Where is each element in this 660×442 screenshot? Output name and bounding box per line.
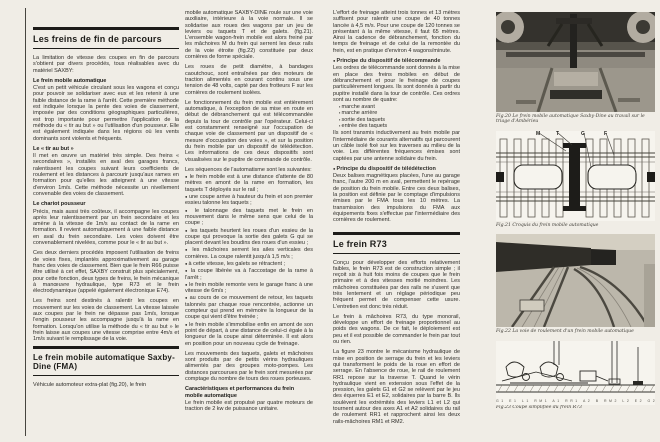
fig22-photo bbox=[496, 234, 655, 327]
fig23-part-labels: G1 E1 L1 RM1 A1 RR1 A2 B RM2 L2 E2 G2 V … bbox=[496, 399, 655, 403]
paragraph: Conçu pour développer des efforts relati… bbox=[333, 260, 460, 310]
list-item: le frein mobile remonte vers le garage f… bbox=[185, 282, 313, 295]
subheading: Le chariot pousseur bbox=[33, 201, 179, 207]
fig21-drawing: M T G F bbox=[496, 131, 655, 221]
paragraph: C'est un petit véhicule circulant sous l… bbox=[33, 85, 179, 142]
column-2: mobile automatique SAXBY-DINE roule sur … bbox=[185, 10, 313, 417]
section-heading-r73: Le frein R73 bbox=[333, 232, 460, 254]
section-title: Le frein mobile automatique Saxby-Dine (… bbox=[33, 353, 179, 371]
list-item: les taquets heurtent les roues d'un essi… bbox=[185, 228, 313, 247]
paragraph: Véhicule automoteur extra-plat (fig.20),… bbox=[33, 382, 179, 388]
paragraph: Le fonctionnement du frein mobile est en… bbox=[185, 100, 313, 163]
list-item: le frein mobile s'immobilise enfin en am… bbox=[185, 322, 313, 347]
section-title: Les freins de fin de parcours bbox=[33, 34, 179, 44]
paragraph: mobile automatique SAXBY-DINE roule sur … bbox=[185, 10, 313, 60]
fig20-photo bbox=[496, 12, 655, 112]
brake-track-photo bbox=[496, 234, 655, 327]
subheading: Le frein mobile automatique bbox=[33, 78, 179, 84]
list-item: entrée des taquets bbox=[339, 123, 460, 129]
column-1: Les freins de fin de parcours La limitat… bbox=[33, 27, 179, 393]
fig23-drawing: G1 E1 L1 RM1 A1 RR1 A2 B RM2 L2 E2 G2 V … bbox=[496, 341, 655, 403]
list-item: la coupe libérée va à l'accostage de la … bbox=[185, 268, 313, 281]
section-heading-fma: Le frein mobile automatique Saxby-Dine (… bbox=[33, 346, 179, 376]
paragraph: Il met en œuvre un matériel très simple.… bbox=[33, 153, 179, 197]
paragraph: La figure 23 montre le mécanisme hydraul… bbox=[333, 349, 460, 425]
paragraph: Précis, mais aussi très coûteux, il acco… bbox=[33, 209, 179, 247]
paragraph: Le frein à mâchoires R73, du type monora… bbox=[333, 314, 460, 345]
fig21-label-G: G bbox=[581, 131, 585, 137]
subheading: Le « tir au but » bbox=[33, 146, 179, 152]
fig21-caption: Fig.21 Croquis du frein mobile automatiq… bbox=[496, 223, 655, 228]
paragraph: Les mouvements des taquets, galets et mâ… bbox=[185, 351, 313, 382]
paragraph: Les freins sont destinés à ralentir les … bbox=[33, 298, 179, 342]
list-item: une coupe arrive à hauteur du frein et s… bbox=[185, 194, 313, 207]
list-item: le talonnage des taquets met le frein en… bbox=[185, 208, 313, 227]
subheading: Caractéristiques et performances du frei… bbox=[185, 386, 313, 399]
paragraph: L'effort de freinage atteint trois tonne… bbox=[333, 10, 460, 54]
brake-under-wagon-photo bbox=[496, 12, 655, 112]
column-3: L'effort de freinage atteint trois tonne… bbox=[333, 10, 460, 429]
section-heading-fin-de-parcours: Les freins de fin de parcours bbox=[33, 27, 179, 49]
fig21-label-M: M bbox=[536, 131, 540, 137]
scanned-document-page: Les freins de fin de parcours La limitat… bbox=[0, 0, 660, 442]
bullet-subheading: Principe du dispositif de télécommande bbox=[333, 58, 460, 64]
bullet-subheading: Principe du dispositif de télédétection bbox=[333, 166, 460, 172]
list-item: à cette vitesse, les galets se rétracten… bbox=[185, 261, 313, 267]
section-title: Le frein R73 bbox=[333, 239, 460, 249]
fig23-caption: Fig.23 Coupe simplifiée du frein R73 bbox=[496, 405, 655, 410]
fig20-caption: Fig.20 Le frein mobile automatique Saxby… bbox=[496, 114, 655, 125]
paragraph: La limitation de vitesse des coupes en f… bbox=[33, 55, 179, 74]
fig22-caption: Fig.22 La voie de roulement d'un frein m… bbox=[496, 329, 655, 334]
figures-column: Fig.20 Le frein mobile automatique Saxby… bbox=[496, 12, 655, 416]
paragraph: Ils sont transmis inductivement au frein… bbox=[333, 130, 460, 161]
list-item: le frein mobile est à une distance d'att… bbox=[185, 174, 313, 193]
list-item: au cours de ce mouvement de retour, les … bbox=[185, 295, 313, 320]
paragraph: Ces deux derniers procédés imposent l'ut… bbox=[33, 250, 179, 294]
paragraph: Les ordres de télécommande sont donnés à… bbox=[333, 65, 460, 103]
paragraph: Le frein mobile est propulsé par quatre … bbox=[185, 400, 313, 413]
paragraph: Deux balises magnétiques placées, l'une … bbox=[333, 173, 460, 223]
fig21-label-F: F bbox=[604, 131, 607, 137]
mobile-brake-sketch bbox=[496, 131, 655, 221]
list-item: les mâchoires serrent les ailes vertical… bbox=[185, 247, 313, 260]
r73-cross-section bbox=[496, 341, 655, 405]
left-margin-rule bbox=[25, 8, 26, 436]
fig21-label-T: T bbox=[556, 131, 559, 137]
paragraph: Les séquences de l'automatisme sont les … bbox=[185, 167, 313, 173]
paragraph: Les roues de petit diamètre, à bandages … bbox=[185, 64, 313, 95]
